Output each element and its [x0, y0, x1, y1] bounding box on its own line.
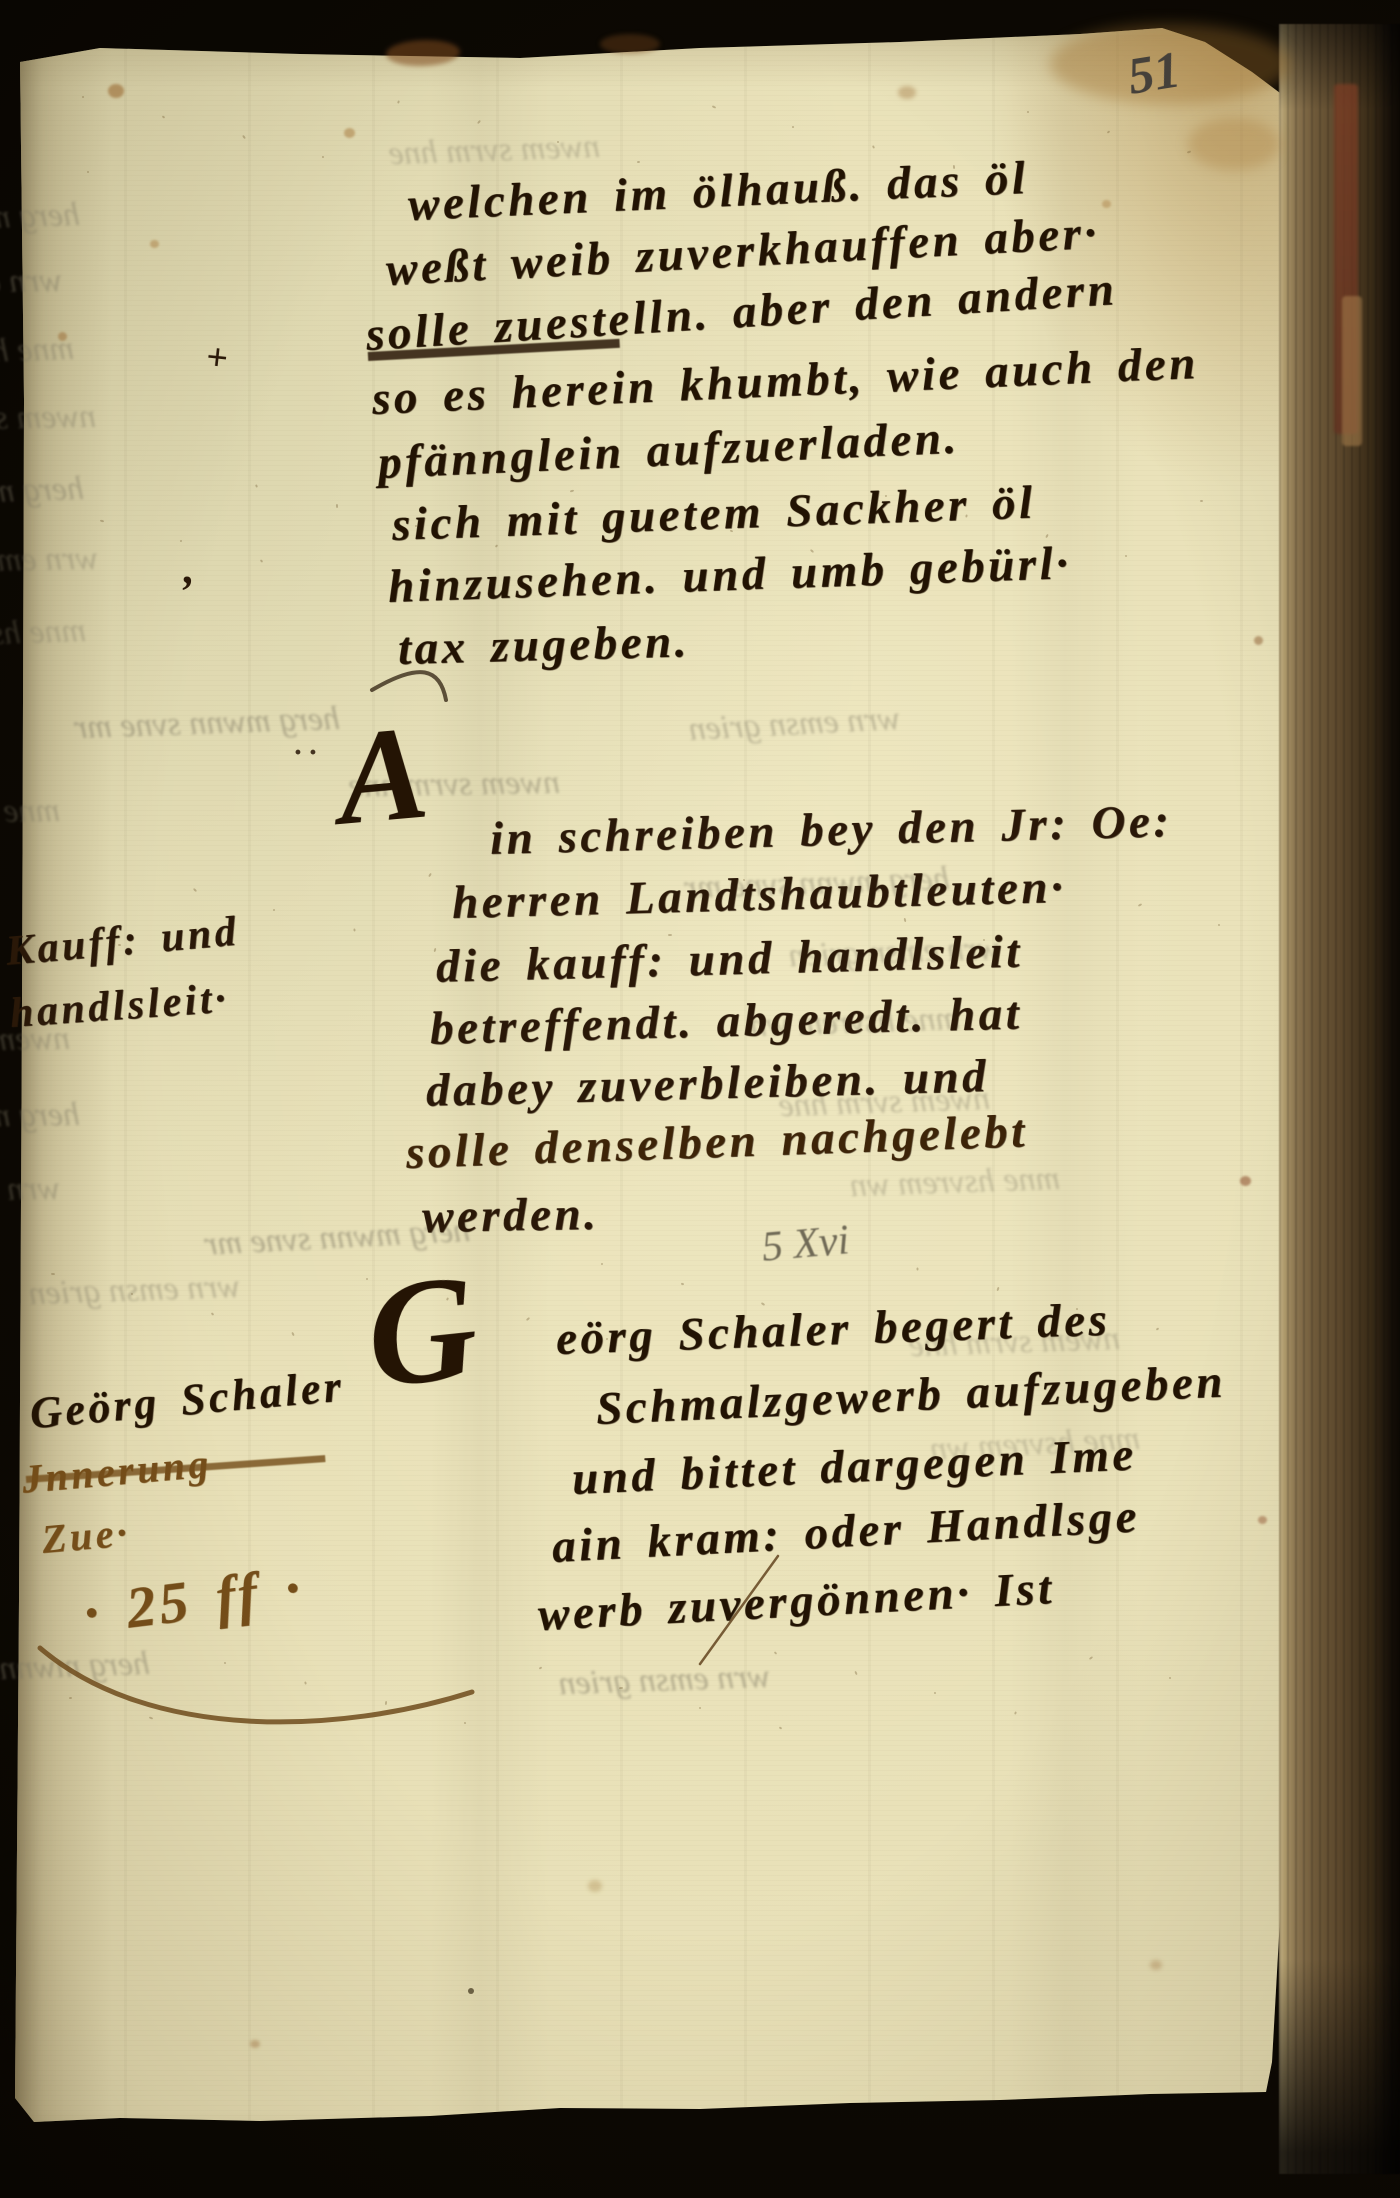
margin-note-line: Zue·	[40, 1508, 132, 1563]
manuscript-scan: nwem svrm hneherg mwnn svne mrwrn emsn g…	[0, 0, 1400, 2198]
paper-speck	[69, 1697, 72, 1699]
paper-speck	[336, 504, 338, 508]
margin-tick-mark: ʼ	[178, 566, 193, 617]
foxing-spot	[1254, 636, 1263, 645]
ink-dots: · ·	[294, 736, 317, 770]
paper-speck	[668, 934, 672, 936]
paper-speck	[934, 1692, 936, 1694]
foxing-spot	[1150, 1960, 1162, 1970]
bleedthrough-ghost-line: nwem svrm hne	[0, 398, 96, 441]
text-line: tax zugeben.	[397, 614, 690, 676]
foxing-spot	[1240, 1176, 1251, 1186]
foxing-spot	[898, 86, 916, 99]
bleedthrough-ghost-line: wrn emsn grien	[0, 1170, 60, 1213]
paper-speck	[681, 1283, 684, 1286]
paper-speck	[953, 165, 955, 169]
foxing-spot	[108, 84, 124, 98]
foxing-spot	[1258, 1516, 1267, 1524]
bleedthrough-ghost-line: mne hsvrem wn	[0, 792, 60, 835]
top-edge-stain	[600, 34, 660, 54]
paper-speck	[51, 1273, 55, 1275]
paper-speck	[304, 1681, 307, 1684]
text-line: werden.	[422, 1187, 600, 1244]
paper-speck	[87, 171, 89, 173]
bleedthrough-ghost-line: herg mwnn svne mr	[0, 1096, 80, 1139]
bleedthrough-dark-mark: 5 Xvi	[760, 1216, 851, 1271]
bleedthrough-ghost-line: mne hsvrem wn	[839, 1160, 1060, 1206]
margin-cross-mark: +	[204, 335, 230, 381]
initial-letter-a: A	[332, 704, 433, 845]
foxing-spot	[150, 240, 159, 248]
binding-tan-accent	[1342, 296, 1362, 446]
corner-stain	[1188, 118, 1280, 170]
folio-number: 51	[1124, 40, 1185, 106]
bleedthrough-ghost-line: wrn emsn grien	[0, 540, 98, 582]
foxing-spot	[468, 1988, 474, 1994]
paper-speck	[118, 944, 121, 947]
paper-speck	[353, 928, 355, 931]
initial-letter-g: G	[360, 1251, 483, 1412]
paper-speck	[916, 1267, 918, 1270]
paper-speck	[650, 510, 652, 512]
foxing-spot	[1102, 200, 1111, 208]
foxing-spot	[588, 1880, 602, 1892]
foxing-spot	[250, 2040, 260, 2048]
bleedthrough-ghost-line: wrn emsn grien	[0, 262, 62, 305]
